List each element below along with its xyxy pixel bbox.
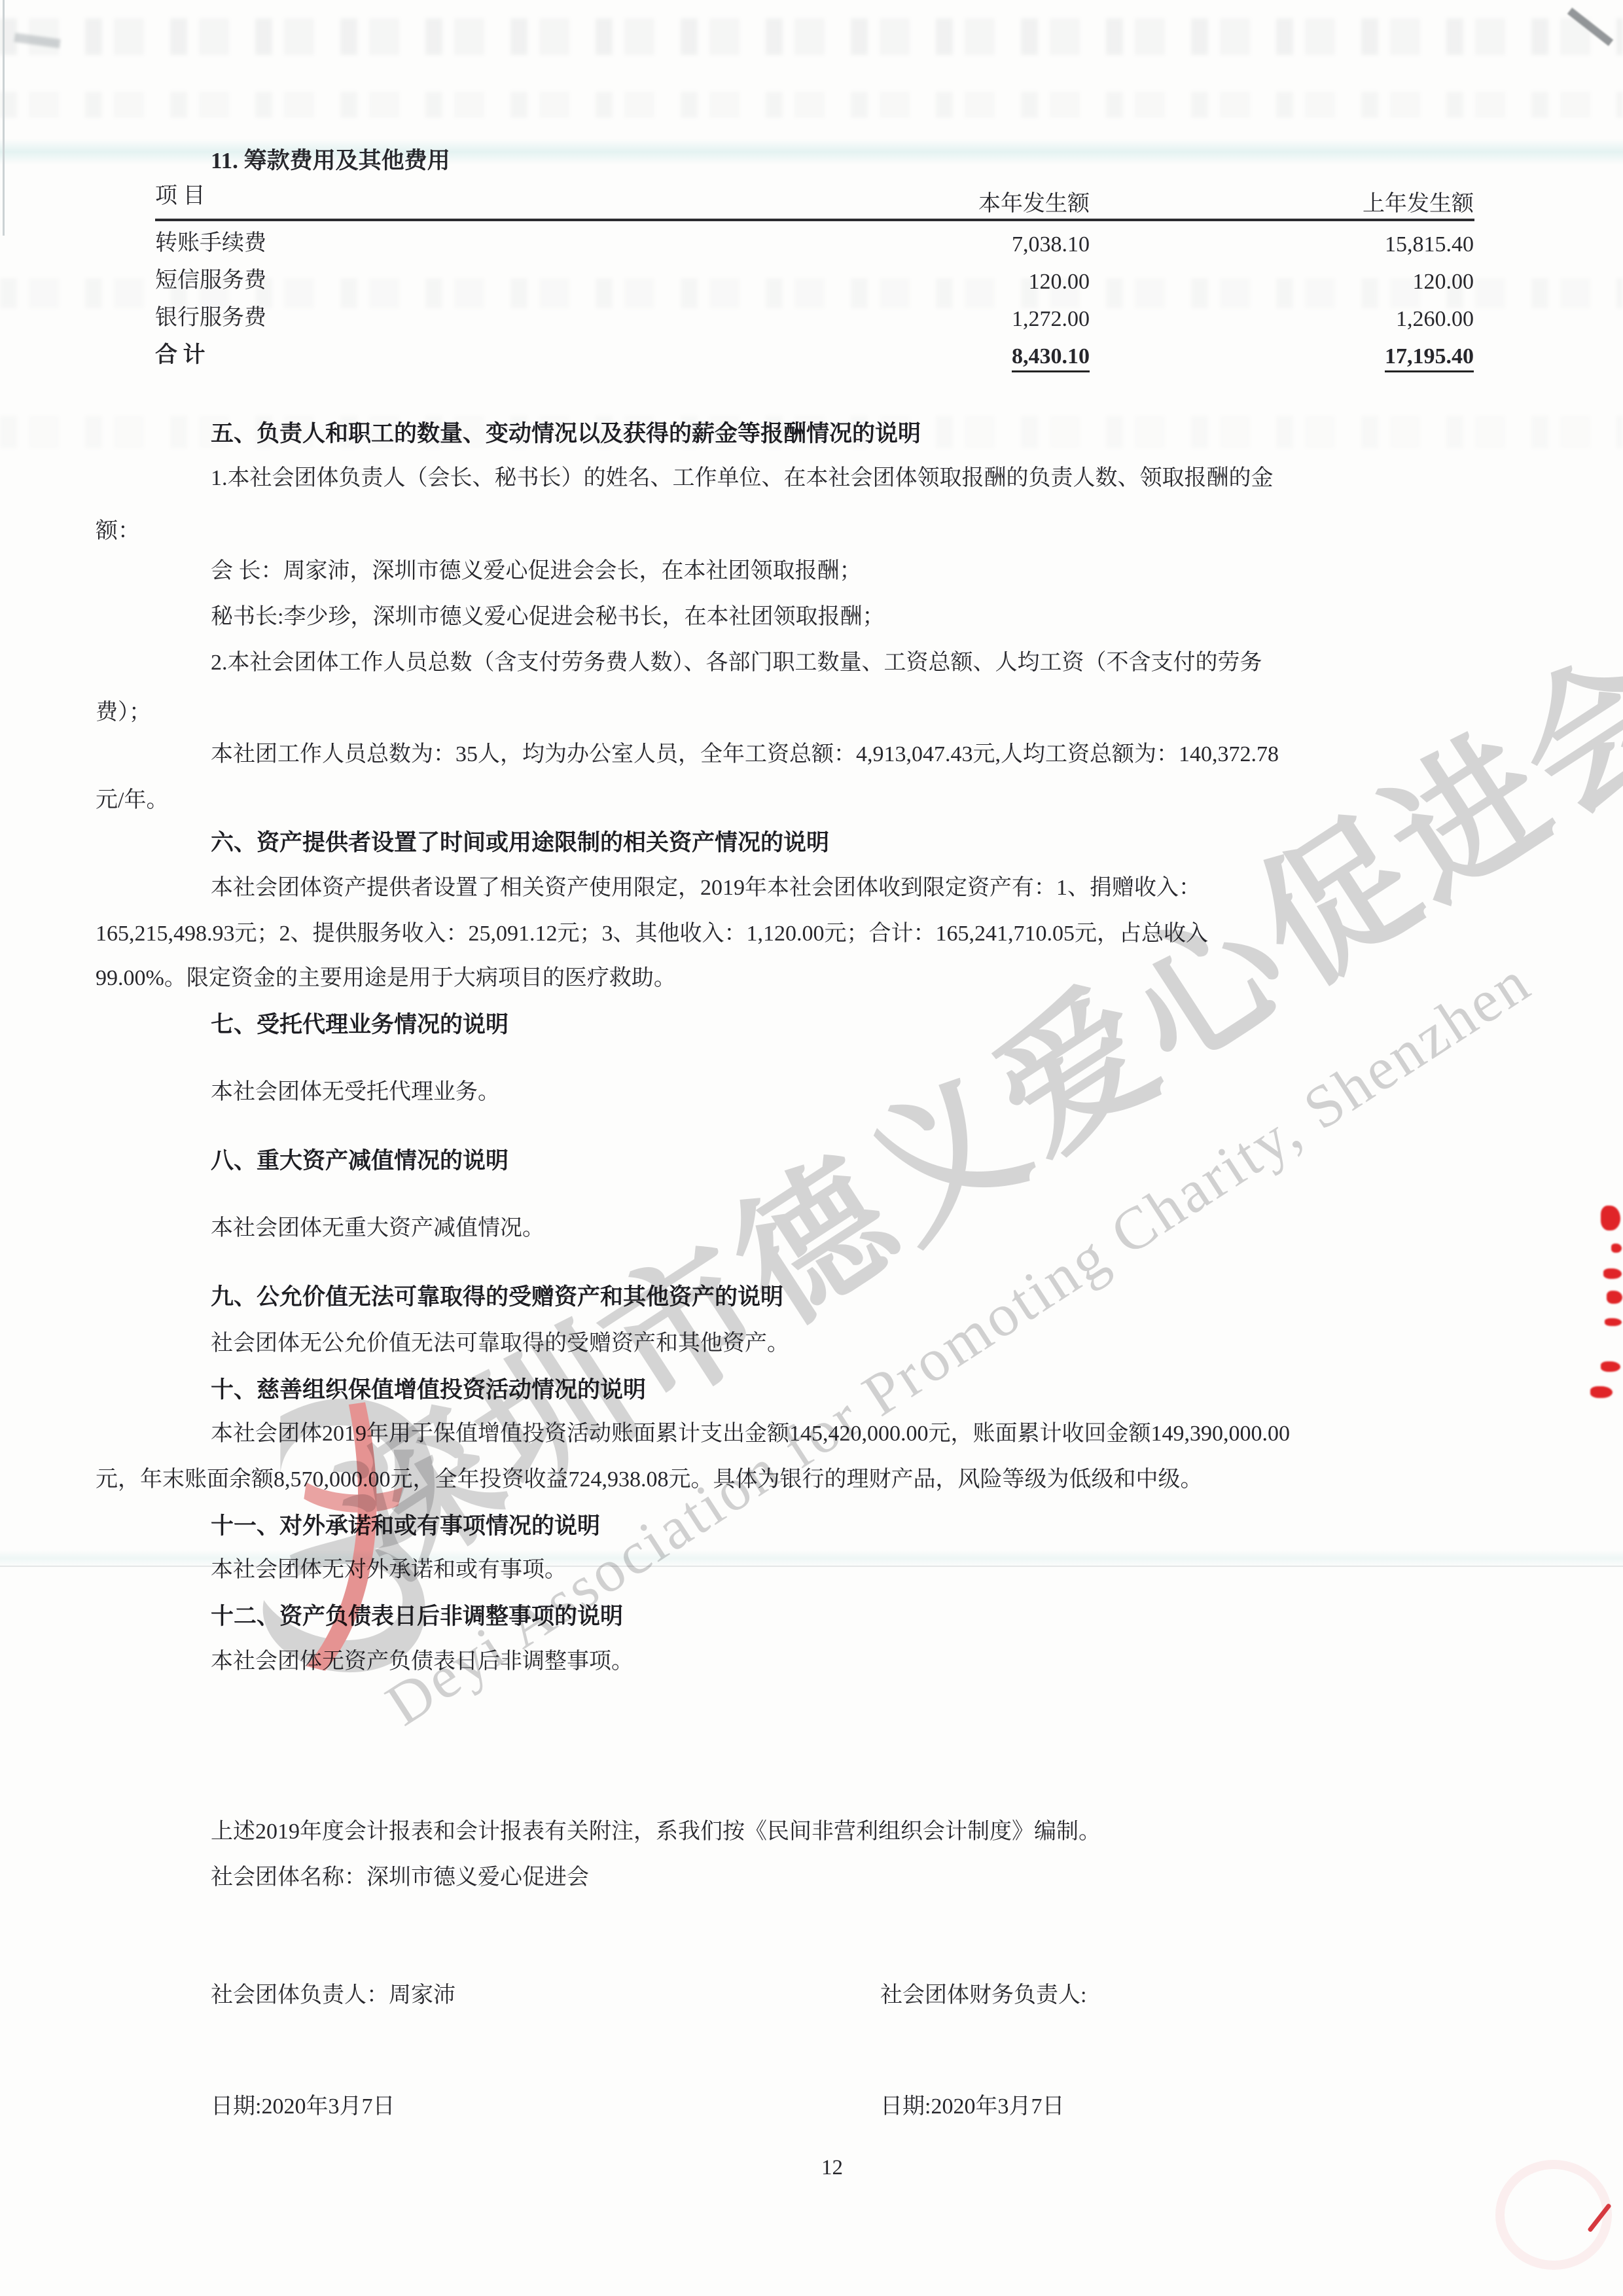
scan-smudge bbox=[1567, 8, 1613, 46]
seal-fragment bbox=[1603, 1268, 1622, 1279]
section-seven-body: 本社会团体无受托代理业务。 bbox=[211, 1081, 500, 1103]
seal-fragment bbox=[1605, 1318, 1622, 1326]
row-current-value: 1,272.00 bbox=[1012, 307, 1090, 332]
section-five-para1-line1: 1.本社会团体负责人（会长、秘书长）的姓名、工作单位、在本社会团体领取报酬的负责… bbox=[211, 467, 1274, 490]
section-ten-heading: 十、慈善组织保值增值投资活动情况的说明 bbox=[211, 1378, 646, 1401]
closing-org-name: 社会团体名称：深圳市德义爱心促进会 bbox=[211, 1867, 589, 1889]
table-section-title: 11. 筹款费用及其他费用 bbox=[211, 149, 450, 172]
section-six-line2: 165,215,498.93元；2、提供服务收入：25,091.12元；3、其他… bbox=[96, 923, 1208, 945]
total-prior-value: 17,195.40 bbox=[1385, 344, 1474, 369]
closing-leader: 社会团体负责人：周家沛 bbox=[211, 1984, 455, 2007]
seal-fragment bbox=[1601, 1206, 1620, 1230]
closing-date-left: 日期:2020年3月7日 bbox=[211, 2096, 395, 2118]
scanned-report-page: 深圳市德义爱心促进会 Deyi Association for Promotin… bbox=[0, 0, 1623, 2296]
section-ten-line1: 本社会团体2019年用于保值增值投资活动账面累计支出金额145,420,000.… bbox=[211, 1423, 1290, 1445]
red-pen-mark bbox=[1587, 2203, 1612, 2233]
section-ten-line2: 元，年末账面余额8,570,000.00元，全年投资收益724,938.08元。… bbox=[96, 1469, 1203, 1491]
seal-fragment bbox=[1590, 1386, 1613, 1398]
scan-edge-line bbox=[3, 0, 5, 236]
closing-statement: 上述2019年度会计报表和会计报表有关附注，系我们按《民间非营利组织会计制度》编… bbox=[211, 1821, 1101, 1843]
section-six-line3: 99.00%。限定资金的主要用途是用于大病项目的医疗救助。 bbox=[96, 967, 676, 990]
table-header-rule bbox=[155, 219, 1474, 221]
table-col-prior-year: 上年发生额 bbox=[1363, 185, 1474, 217]
section-nine-body: 社会团体无公允价值无法可靠取得的受赠资产和其他资产。 bbox=[211, 1333, 789, 1355]
row-current-value: 120.00 bbox=[1029, 270, 1090, 295]
section-five-para2-line1: 2.本社会团体工作人员总数（含支付劳务费人数）、各部门职工数量、工资总额、人均工… bbox=[211, 652, 1262, 674]
seal-fragment bbox=[1601, 1361, 1620, 1372]
seal-fragment bbox=[1611, 1244, 1622, 1253]
section-eleven-body: 本社会团体无对外承诺和或有事项。 bbox=[211, 1559, 567, 1581]
row-current-value: 7,038.10 bbox=[1012, 232, 1090, 257]
closing-finance-leader: 社会团体财务负责人: bbox=[880, 1984, 1086, 2007]
row-item-label: 银行服务费 bbox=[155, 307, 266, 329]
row-prior-value: 15,815.40 bbox=[1385, 232, 1474, 257]
section-nine-heading: 九、公允价值无法可靠取得的受赠资产和其他资产的说明 bbox=[211, 1285, 783, 1308]
total-label: 合 计 bbox=[155, 344, 205, 367]
row-item-label: 转账手续费 bbox=[155, 232, 266, 255]
section-five-heading: 五、负责人和职工的数量、变动情况以及获得的薪金等报酬情况的说明 bbox=[211, 422, 921, 445]
row-prior-value: 120.00 bbox=[1413, 270, 1474, 295]
section-eight-body: 本社会团体无重大资产减值情况。 bbox=[211, 1217, 544, 1240]
section-five-staff-line1: 本社团工作人员总数为：35人，均为办公室人员，全年工资总额：4,913,047.… bbox=[211, 744, 1279, 766]
scan-ghost-band bbox=[0, 92, 1623, 118]
section-eight-heading: 八、重大资产减值情况的说明 bbox=[211, 1149, 508, 1172]
scan-ghost-stamp bbox=[1495, 2160, 1612, 2270]
table-col-item: 项 目 bbox=[155, 185, 205, 207]
section-five-para1-line2: 额： bbox=[96, 520, 140, 543]
scan-smudge bbox=[14, 33, 60, 48]
scan-ghost-band bbox=[0, 18, 1623, 55]
row-prior-value: 1,260.00 bbox=[1396, 307, 1474, 332]
section-eleven-heading: 十一、对外承诺和或有事项情况的说明 bbox=[211, 1515, 600, 1537]
total-current-number: 8,430.10 bbox=[1012, 344, 1090, 372]
section-six-line1: 本社会团体资产提供者设置了相关资产使用限定，2019年本社会团体收到限定资产有：… bbox=[211, 877, 1201, 899]
closing-date-right: 日期:2020年3月7日 bbox=[880, 2096, 1064, 2118]
section-six-heading: 六、资产提供者设置了时间或用途限制的相关资产情况的说明 bbox=[211, 831, 829, 854]
total-prior-number: 17,195.40 bbox=[1385, 344, 1474, 372]
row-item-label: 短信服务费 bbox=[155, 270, 266, 292]
seal-fragment bbox=[1607, 1291, 1622, 1304]
section-five-chairman: 会 长：周家沛，深圳市德义爱心促进会会长，在本社团领取报酬； bbox=[211, 560, 862, 583]
section-five-secretary: 秘书长:李少珍，深圳市德义爱心促进会秘书长，在本社团领取报酬； bbox=[211, 606, 884, 628]
section-twelve-heading: 十二、资产负债表日后非调整事项的说明 bbox=[211, 1605, 623, 1628]
section-seven-heading: 七、受托代理业务情况的说明 bbox=[211, 1013, 508, 1036]
section-five-staff-line2: 元/年。 bbox=[96, 789, 168, 812]
page-number: 12 bbox=[821, 2157, 843, 2179]
total-current-value: 8,430.10 bbox=[1012, 344, 1090, 369]
section-five-para2-line2: 费）； bbox=[96, 702, 151, 724]
table-col-current-year: 本年发生额 bbox=[978, 185, 1090, 217]
section-twelve-body: 本社会团体无资产负债表日后非调整事项。 bbox=[211, 1651, 633, 1673]
